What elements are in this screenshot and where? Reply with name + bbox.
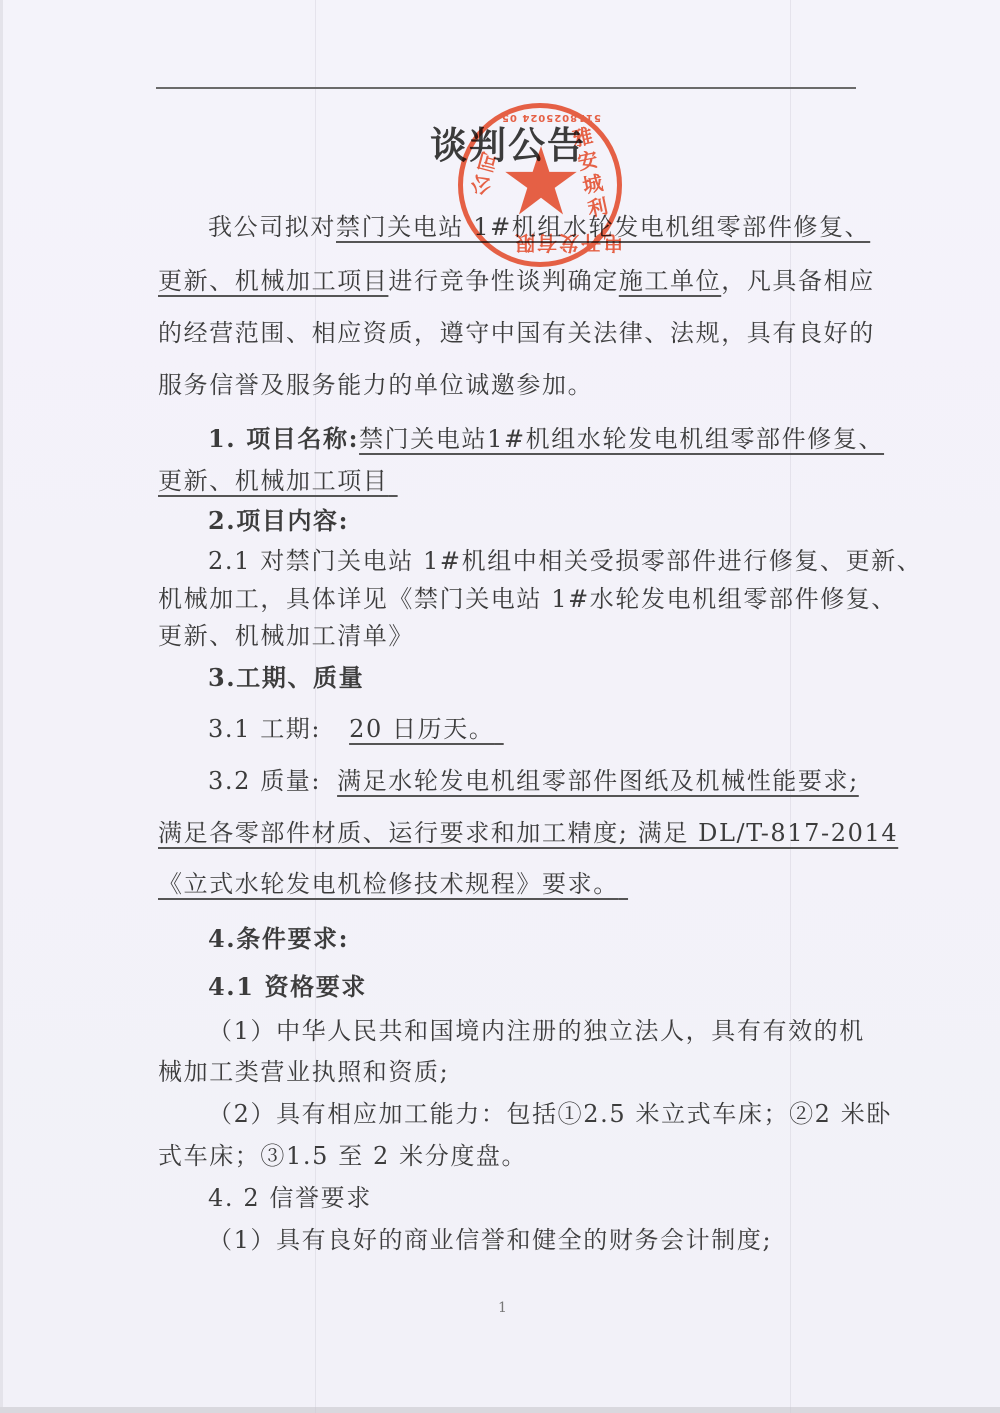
section-1-value: 禁门关电站1#机组水轮发电机组零部件修复、 <box>359 425 884 453</box>
section-3-2-line-1: 3.2 质量:满足水轮发电机组零部件图纸及机械性能要求; <box>208 766 859 796</box>
section-2-1-line-2: 机械加工，具体详见《禁门关电站 1#水轮发电机组零部件修复、 <box>158 584 897 614</box>
section-4-1-item-2-line-1: （2）具有相应加工能力：包括①2.5 米立式车床；②2 米卧 <box>208 1099 892 1129</box>
intro-text: ，凡具备相应 <box>721 267 875 295</box>
page-edge-left <box>0 0 3 1413</box>
intro-line-2: 更新、机械加工项目进行竞争性谈判确定施工单位，凡具备相应 <box>158 266 875 296</box>
quality-value: 《立式水轮发电机检修技术规程》要求。 <box>158 870 619 898</box>
section-4-1-heading: 4.1 资格要求 <box>208 972 367 1002</box>
star-icon <box>503 143 579 219</box>
section-4-1-item-1-line-2: 械加工类营业执照和资质; <box>158 1057 449 1087</box>
quality-value: 满足各零部件材质、运行要求和加工精度; 满足 DL/T-817-2014 <box>158 819 898 847</box>
intro-line-4: 服务信誉及服务能力的单位诚邀参加。 <box>158 370 593 400</box>
section-4-heading: 4.条件要求: <box>208 924 349 954</box>
section-2-1-line-1: 2.1 对禁门关电站 1#机组中相关受损零部件进行修复、更新、 <box>208 546 922 576</box>
seal-text-bottom: 电开发有限 <box>513 230 623 259</box>
intro-text: 我公司拟对 <box>208 213 336 241</box>
section-1-line-2: 更新、机械加工项目 <box>158 466 400 496</box>
construction-unit-underlined: 施工单位 <box>619 267 721 295</box>
section-1-line-1: 1. 项目名称:禁门关电站1#机组水轮发电机组零部件修复、 <box>208 424 884 454</box>
section-4-1-item-2-line-2: 式车床；③1.5 至 2 米分度盘。 <box>158 1141 527 1171</box>
official-seal: 5118025024 05 雅安城利 公司 电开发有限 <box>458 103 622 267</box>
section-2-1-line-3: 更新、机械加工清单》 <box>158 621 414 651</box>
section-4-2-heading: 4. 2 信誉要求 <box>208 1183 372 1213</box>
header-rule <box>156 87 856 89</box>
quality-label: 3.2 质量: <box>208 767 321 795</box>
document-page: 谈判公告 5118025024 05 雅安城利 公司 电开发有限 我公司拟对禁门… <box>0 0 1000 1413</box>
section-3-2-line-3: 《立式水轮发电机检修技术规程》要求。 <box>158 869 629 899</box>
section-4-1-item-1-line-1: （1）中华人民共和国境内注册的独立法人，具有有效的机 <box>208 1016 865 1046</box>
page-number: 1 <box>498 1300 507 1316</box>
section-1-label: 1. 项目名称: <box>208 424 359 453</box>
section-4-2-item-1: （1）具有良好的商业信誉和健全的财务会计制度; <box>208 1225 772 1255</box>
seal-text-left: 公司 <box>465 145 505 199</box>
section-3-2-line-2: 满足各零部件材质、运行要求和加工精度; 满足 DL/T-817-2014 <box>158 818 898 848</box>
section-3-heading: 3.工期、质量 <box>208 663 364 693</box>
section-2-heading: 2.项目内容: <box>208 506 349 536</box>
quality-value: 满足水轮发电机组零部件图纸及机械性能要求; <box>337 767 859 795</box>
duration-label: 3.1 工期: <box>208 715 321 743</box>
page-edge-bottom <box>0 1407 1000 1413</box>
seal-code: 5118025024 05 <box>501 112 601 123</box>
project-name-underlined: 更新、机械加工项目 <box>158 267 388 295</box>
duration-value: 20 日历天。 <box>349 715 494 743</box>
intro-line-3: 的经营范围、相应资质，遵守中国有关法律、法规，具有良好的 <box>158 318 875 348</box>
intro-text: 进行竞争性谈判确定 <box>388 267 618 295</box>
section-3-1: 3.1 工期:20 日历天。 <box>208 714 510 744</box>
section-1-value: 更新、机械加工项目 <box>158 467 388 495</box>
